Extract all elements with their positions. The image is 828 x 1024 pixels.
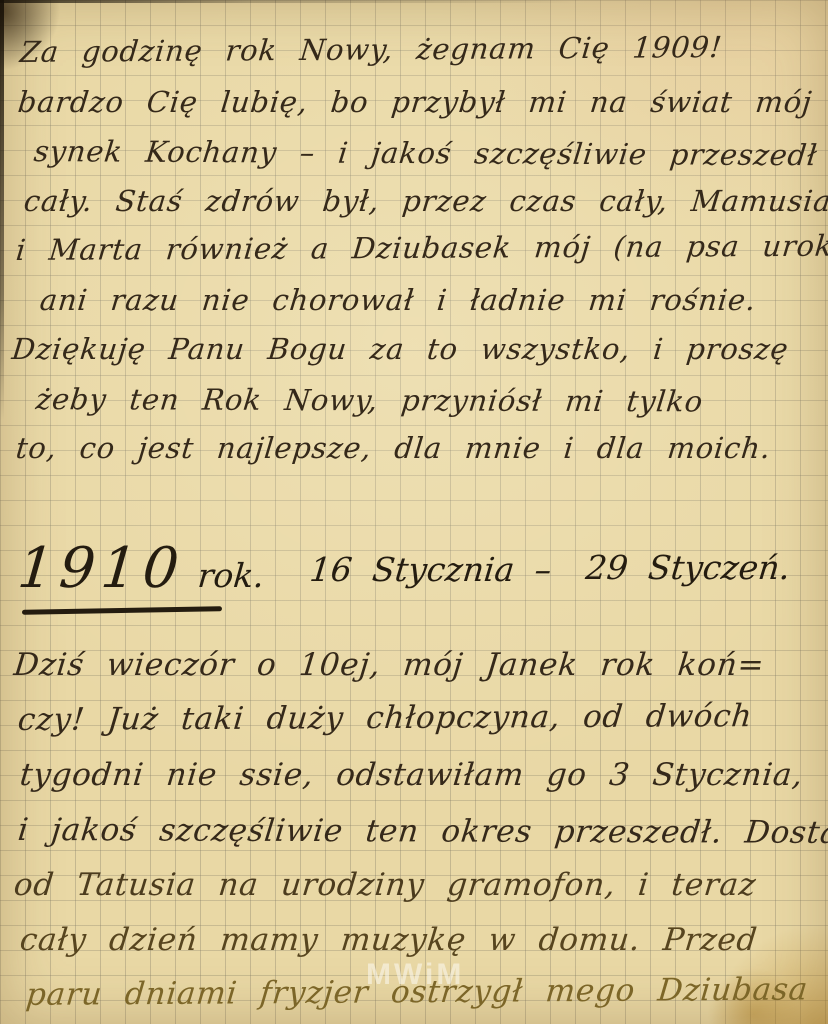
handwriting-line: Dziś wieczór o 10ej, mój Janek rok koń= [12,638,820,693]
handwriting-line: synek Kochany – i jakoś szczęśliwie prze… [12,127,820,181]
handwriting-line: to, co jest najlepsze, dla mnie i dla mo… [12,424,820,474]
handwriting-line: Za godzinę rok Nowy, żegnam Cię 1909! [12,22,820,77]
handwriting-line: czy! Już taki duży chłopczyna, od dwóch [12,689,820,748]
handwriting-line: cały. Staś zdrów był, przez czas cały, M… [12,177,820,227]
year-label: 1910 rok. [15,536,267,601]
handwriting-line: tygodni nie ssie, odstawiłam go 3 Styczn… [12,748,820,803]
year-underline [22,606,222,614]
year-suffix: rok. [196,556,266,595]
handwriting-line: ani razu nie chorował i ładnie mi rośnie… [12,276,820,326]
diary-page: Za godzinę rok Nowy, żegnam Cię 1909! ba… [0,0,828,1024]
scan-edge-left [0,0,4,420]
year-number: 1910 [15,536,187,601]
scan-edge-top [0,0,828,3]
handwriting-line: od Tatusia na urodziny gramofon, i teraz [12,858,820,913]
handwriting-line: bardzo Cię lubię, bo przybył mi na świat… [12,78,820,128]
entry-date-end: 29 Styczeń. [584,548,792,587]
handwriting-line: Dziękuję Panu Bogu za to wszystko, i pro… [12,325,820,375]
entry-1909: Za godzinę rok Nowy, żegnam Cię 1909! ba… [12,28,820,474]
handwriting-line: i jakoś szczęśliwie ten okres przeszedł.… [12,803,820,861]
museum-watermark: MWiM [366,958,464,992]
handwriting-line: i Marta również a Dziubasek mój (na psa … [12,222,820,276]
entry-date-start: 16 Stycznia – [308,550,553,589]
entry-heading-1910: 1910 rok. 16 Stycznia – 29 Styczeń. [14,536,820,636]
handwriting-line: żeby ten Rok Nowy, przyniósł mi tylko [12,375,820,427]
